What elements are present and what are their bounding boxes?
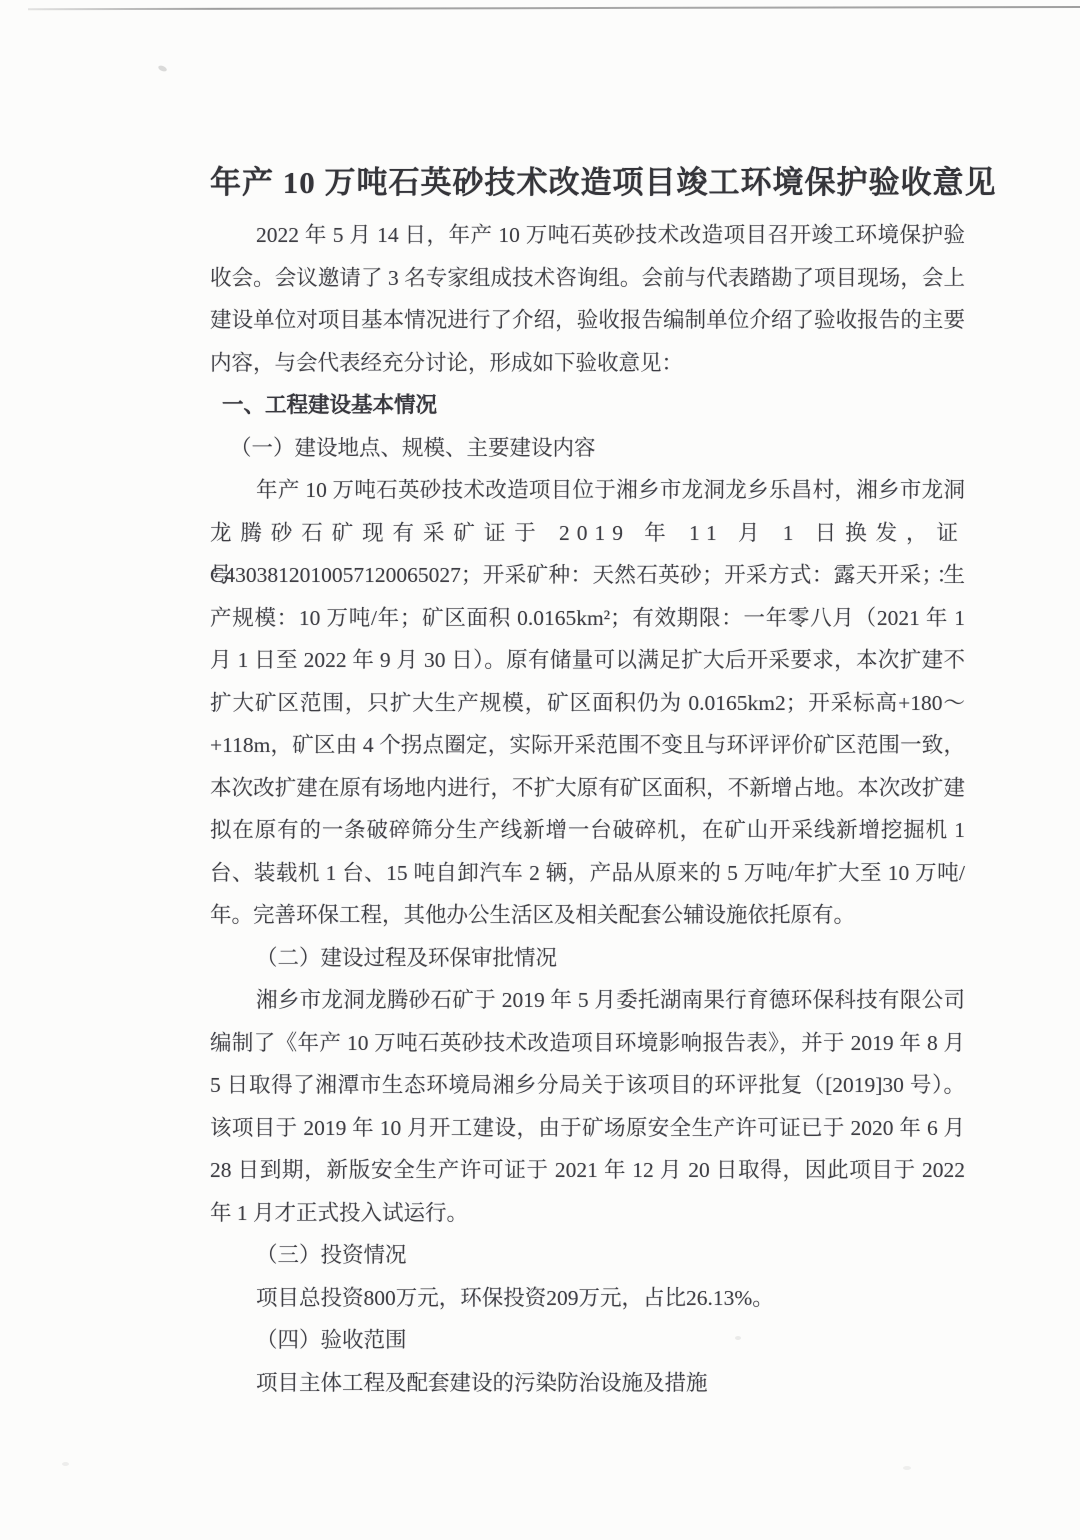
text-line: 台、装载机 1 台、15 吨自卸汽车 2 辆，产品从原来的 5 万吨/年扩大至 …	[210, 852, 965, 895]
text-line: 扩大矿区范围，只扩大生产规模，矿区面积仍为 0.0165km2；开采标高+180…	[210, 682, 965, 725]
subsection-heading: （二）建设过程及环保审批情况	[210, 937, 965, 980]
document-title: 年产 10 万吨石英砂技术改造项目竣工环境保护验收意见	[210, 163, 965, 203]
text-line: C4303812010057120065027；开采矿种：天然石英砂；开采方式：…	[210, 554, 965, 597]
text-line: 该项目于 2019 年 10 月开工建设，由于矿场原安全生产许可证已于 2020…	[210, 1107, 965, 1150]
subsection-heading: （三）投资情况	[210, 1234, 965, 1277]
text-line: 项目主体工程及配套建设的污染防治设施及措施	[210, 1362, 965, 1405]
text-line: 5 日取得了湘潭市生态环境局湘乡分局关于该项目的环评批复（[2019]30 号）…	[210, 1064, 965, 1107]
text-line: 收会。会议邀请了 3 名专家组成技术咨询组。会前与代表踏勘了项目现场，会上	[210, 257, 965, 300]
scan-edge-line	[28, 6, 1080, 10]
text-line: 年产 10 万吨石英砂技术改造项目位于湘乡市龙洞龙乡乐昌村，湘乡市龙洞	[210, 469, 965, 512]
scan-noise-speck	[62, 1462, 69, 1466]
document-body: 2022 年 5 月 14 日，年产 10 万吨石英砂技术改造项目召开竣工环境保…	[210, 214, 965, 1404]
text-line: 编制了《年产 10 万吨石英砂技术改造项目环境影响报告表》，并于 2019 年 …	[210, 1022, 965, 1065]
text-line: 本次改扩建在原有场地内进行，不扩大原有矿区面积，不新增占地。本次改扩建	[210, 767, 965, 810]
text-line: 建设单位对项目基本情况进行了介绍，验收报告编制单位介绍了验收报告的主要	[210, 299, 965, 342]
text-line: 内容，与会代表经充分讨论，形成如下验收意见：	[210, 342, 965, 385]
subsection-heading: （一）建设地点、规模、主要建设内容	[210, 427, 965, 470]
text-line: 产规模：10 万吨/年；矿区面积 0.0165km²；有效期限：一年零八月（20…	[210, 597, 965, 640]
text-line: 年 1 月才正式投入试运行。	[210, 1192, 965, 1235]
scan-noise-speck	[157, 64, 167, 72]
text-line: 年。完善环保工程，其他办公生活区及相关配套公辅设施依托原有。	[210, 894, 965, 937]
section-heading: 一、工程建设基本情况	[210, 384, 965, 427]
text-line: 拟在原有的一条破碎筛分生产线新增一台破碎机，在矿山开采线新增挖掘机 1	[210, 809, 965, 852]
text-line: 项目总投资800万元，环保投资209万元，占比26.13%。	[210, 1277, 965, 1320]
scan-noise-speck	[903, 1466, 911, 1470]
text-line: 28 日到期，新版安全生产许可证于 2021 年 12 月 20 日取得，因此项…	[210, 1149, 965, 1192]
text-line: 湘乡市龙洞龙腾砂石矿于 2019 年 5 月委托湖南果行育德环保科技有限公司	[210, 979, 965, 1022]
text-line: +118m，矿区由 4 个拐点圈定，实际开采范围不变且与环评评价矿区范围一致，	[210, 724, 965, 767]
subsection-heading: （四）验收范围	[210, 1319, 965, 1362]
text-line: 龙腾砂石矿现有采矿证于 2019 年 11 月 1 日换发，证号：	[210, 512, 965, 555]
text-line: 月 1 日至 2022 年 9 月 30 日）。原有储量可以满足扩大后开采要求，…	[210, 639, 965, 682]
scanned-document-page: 年产 10 万吨石英砂技术改造项目竣工环境保护验收意见 2022 年 5 月 1…	[0, 0, 1080, 1540]
text-line: 2022 年 5 月 14 日，年产 10 万吨石英砂技术改造项目召开竣工环境保…	[210, 214, 965, 257]
